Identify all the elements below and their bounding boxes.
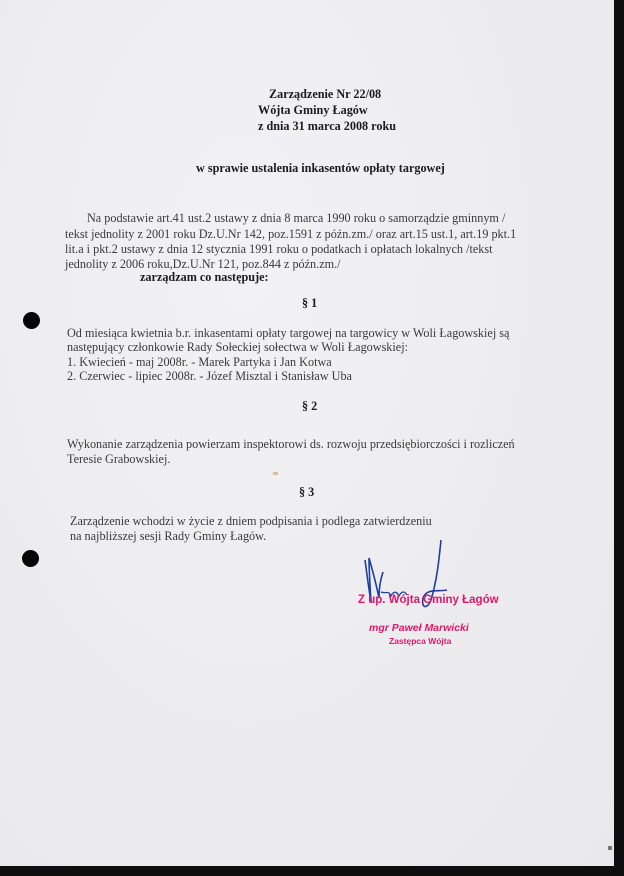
section-2-heading: § 2 (302, 399, 317, 413)
decree-title: Zarządzenie Nr 22/08 (269, 87, 381, 101)
section-3-heading: § 3 (299, 485, 314, 499)
punch-hole-bottom (22, 550, 39, 567)
stamp-role: Zastępca Wójta (389, 636, 451, 646)
section-1-heading: § 1 (302, 296, 317, 310)
decree-statement: zarządzam co następuje: (140, 270, 269, 284)
scanned-page: Zarządzenie Nr 22/08 Wójta Gminy Łagów z… (0, 0, 614, 866)
preamble-line-3: lit.a i pkt.2 ustawy z dnia 12 stycznia … (65, 242, 492, 256)
preamble-line-4: jednolity z 2006 roku,Dz.U.Nr 121, poz.8… (65, 257, 341, 271)
section-3-line-1: Zarządzenie wchodzi w życie z dniem podp… (70, 514, 432, 528)
section-1-line-2: następujący członkowie Rady Sołeckiej so… (67, 340, 408, 354)
scan-corner-mark (608, 846, 612, 850)
decree-issuer: Wójta Gminy Łagów (258, 103, 368, 117)
section-2-line-1: Wykonanie zarządzenia powierzam inspekto… (67, 437, 515, 451)
stamp-name: mgr Paweł Marwicki (369, 622, 469, 634)
preamble-line-2: tekst jednolity z 2001 roku Dz.U.Nr 142,… (65, 227, 516, 241)
decree-date: z dnia 31 marca 2008 roku (258, 119, 396, 133)
section-1-item-1: 1. Kwiecień - maj 2008r. - Marek Partyka… (67, 355, 332, 369)
preamble-line-1: Na podstawie art.41 ust.2 ustawy z dnia … (87, 211, 505, 225)
decree-subject: w sprawie ustalenia inkasentów opłaty ta… (196, 161, 445, 175)
section-3-line-2: na najbliższej sesji Rady Gminy Łagów. (70, 529, 266, 543)
section-1-line-1: Od miesiąca kwietnia b.r. inkasentami op… (67, 326, 509, 340)
section-1-item-2: 2. Czerwiec - lipiec 2008r. - Józef Misz… (67, 369, 352, 383)
stamp-authorization: Z up. Wójta Gminy Łagów (358, 594, 499, 606)
punch-hole-top (23, 312, 40, 329)
handwritten-signature (355, 540, 465, 620)
scan-speck (273, 472, 278, 475)
section-2-line-2: Teresie Grabowskiej. (67, 452, 170, 466)
